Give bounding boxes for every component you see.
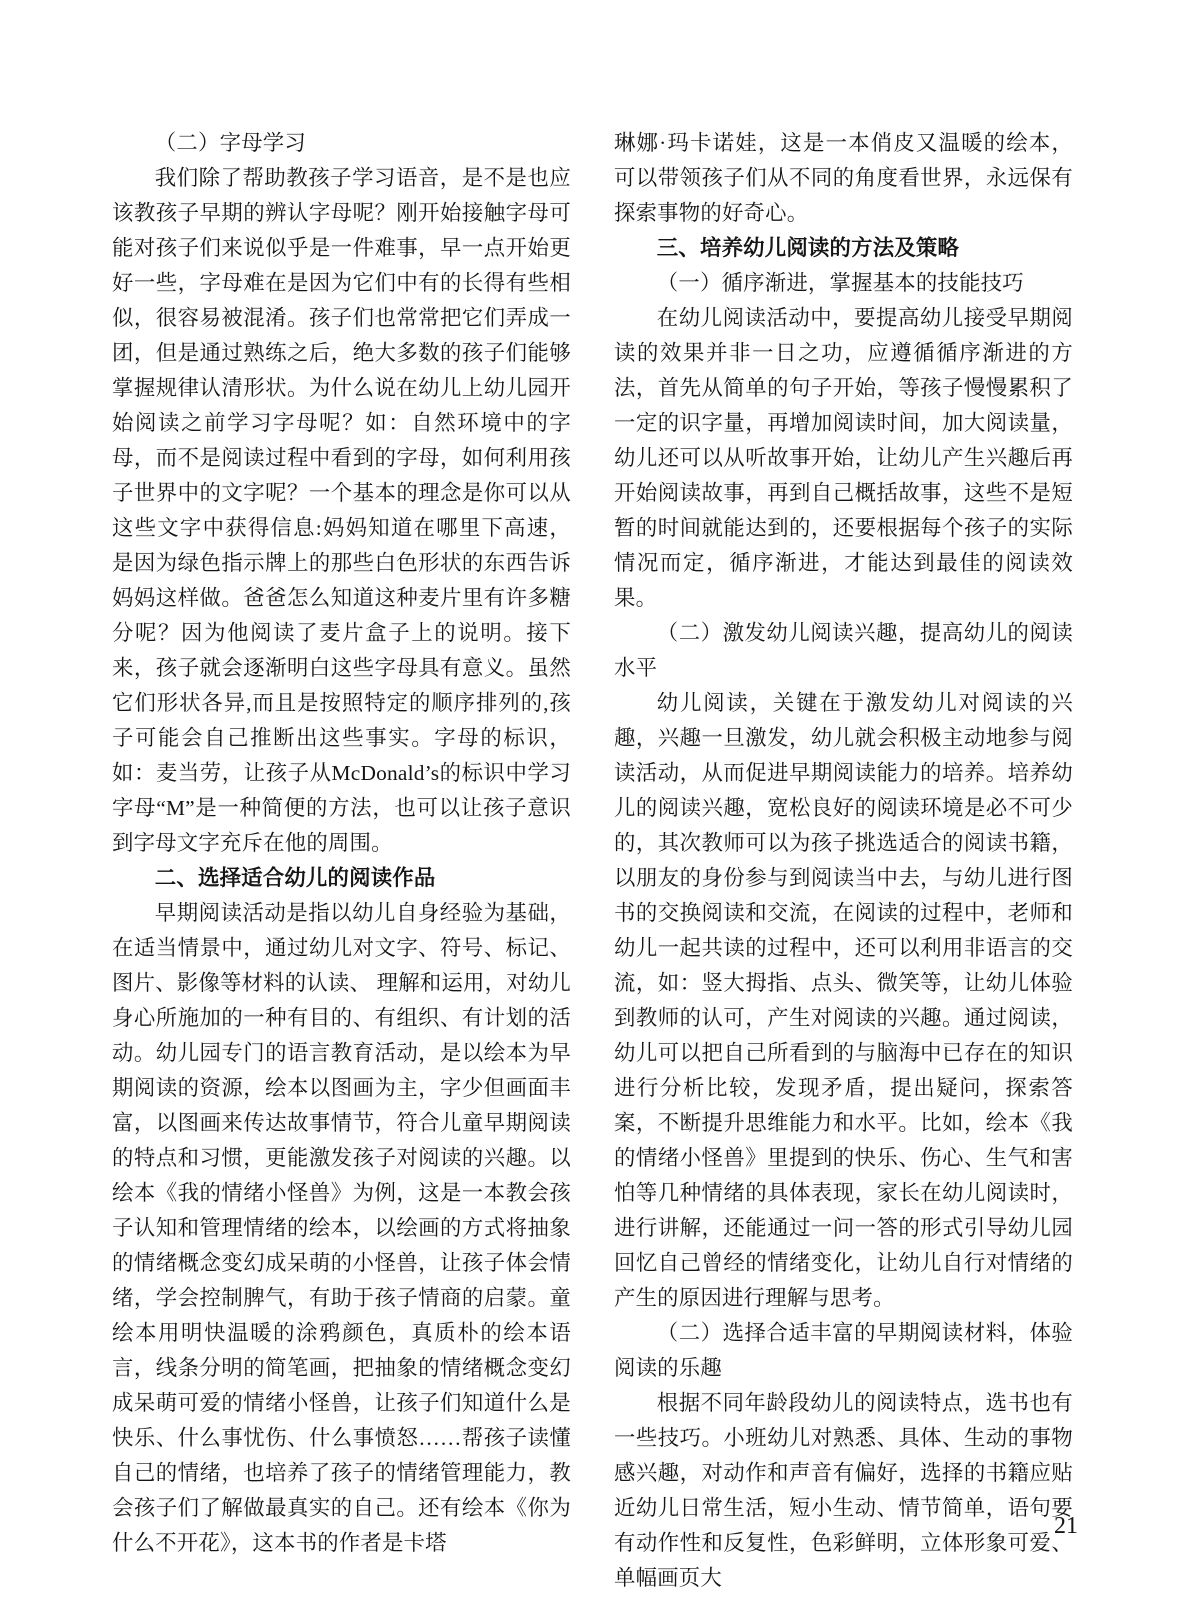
paragraph-alphabet-learning: 我们除了帮助教孩子学习语音，是不是也应该教孩子早期的辨认字母呢？刚开始接触字母可… <box>112 161 571 861</box>
subheading-alphabet-learning: （二）字母学习 <box>112 126 571 161</box>
paragraph-continuation-author: 琳娜·玛卡诺娃，这是一本俏皮又温暖的绘本，可以带领孩子们从不同的角度看世界，永远… <box>614 126 1073 231</box>
left-column: （二）字母学习 我们除了帮助教孩子学习语音，是不是也应该教孩子早期的辨认字母呢？… <box>112 126 571 1596</box>
section-heading-3: 三、培养幼儿阅读的方法及策略 <box>614 231 1073 266</box>
right-column: 琳娜·玛卡诺娃，这是一本俏皮又温暖的绘本，可以带领孩子们从不同的角度看世界，永远… <box>614 126 1073 1596</box>
subheading-3-1-step-by-step: （一）循序渐进，掌握基本的技能技巧 <box>614 266 1073 301</box>
subheading-3-2-reading-materials: （二）选择合适丰富的早期阅读材料，体验阅读的乐趣 <box>614 1316 1073 1386</box>
subheading-3-2-stimulate-interest: （二）激发幼儿阅读兴趣，提高幼儿的阅读水平 <box>614 616 1073 686</box>
paragraph-step-by-step: 在幼儿阅读活动中，要提高幼儿接受早期阅读的效果并非一日之功，应遵循循序渐进的方法… <box>614 301 1073 616</box>
document-page: （二）字母学习 我们除了帮助教孩子学习语音，是不是也应该教孩子早期的辨认字母呢？… <box>0 0 1191 1616</box>
paragraph-reading-works: 早期阅读活动是指以幼儿自身经验为基础，在适当情景中，通过幼儿对文字、符号、标记、… <box>112 896 571 1561</box>
section-heading-2: 二、选择适合幼儿的阅读作品 <box>112 861 571 896</box>
paragraph-stimulate-interest: 幼儿阅读，关键在于激发幼儿对阅读的兴趣，兴趣一旦激发，幼儿就会积极主动地参与阅读… <box>614 686 1073 1316</box>
paragraph-reading-materials: 根据不同年龄段幼儿的阅读特点，选书也有一些技巧。小班幼儿对熟悉、具体、生动的事物… <box>614 1386 1073 1596</box>
page-number: 21 <box>1054 1510 1078 1542</box>
article-body: （二）字母学习 我们除了帮助教孩子学习语音，是不是也应该教孩子早期的辨认字母呢？… <box>112 126 1073 1596</box>
